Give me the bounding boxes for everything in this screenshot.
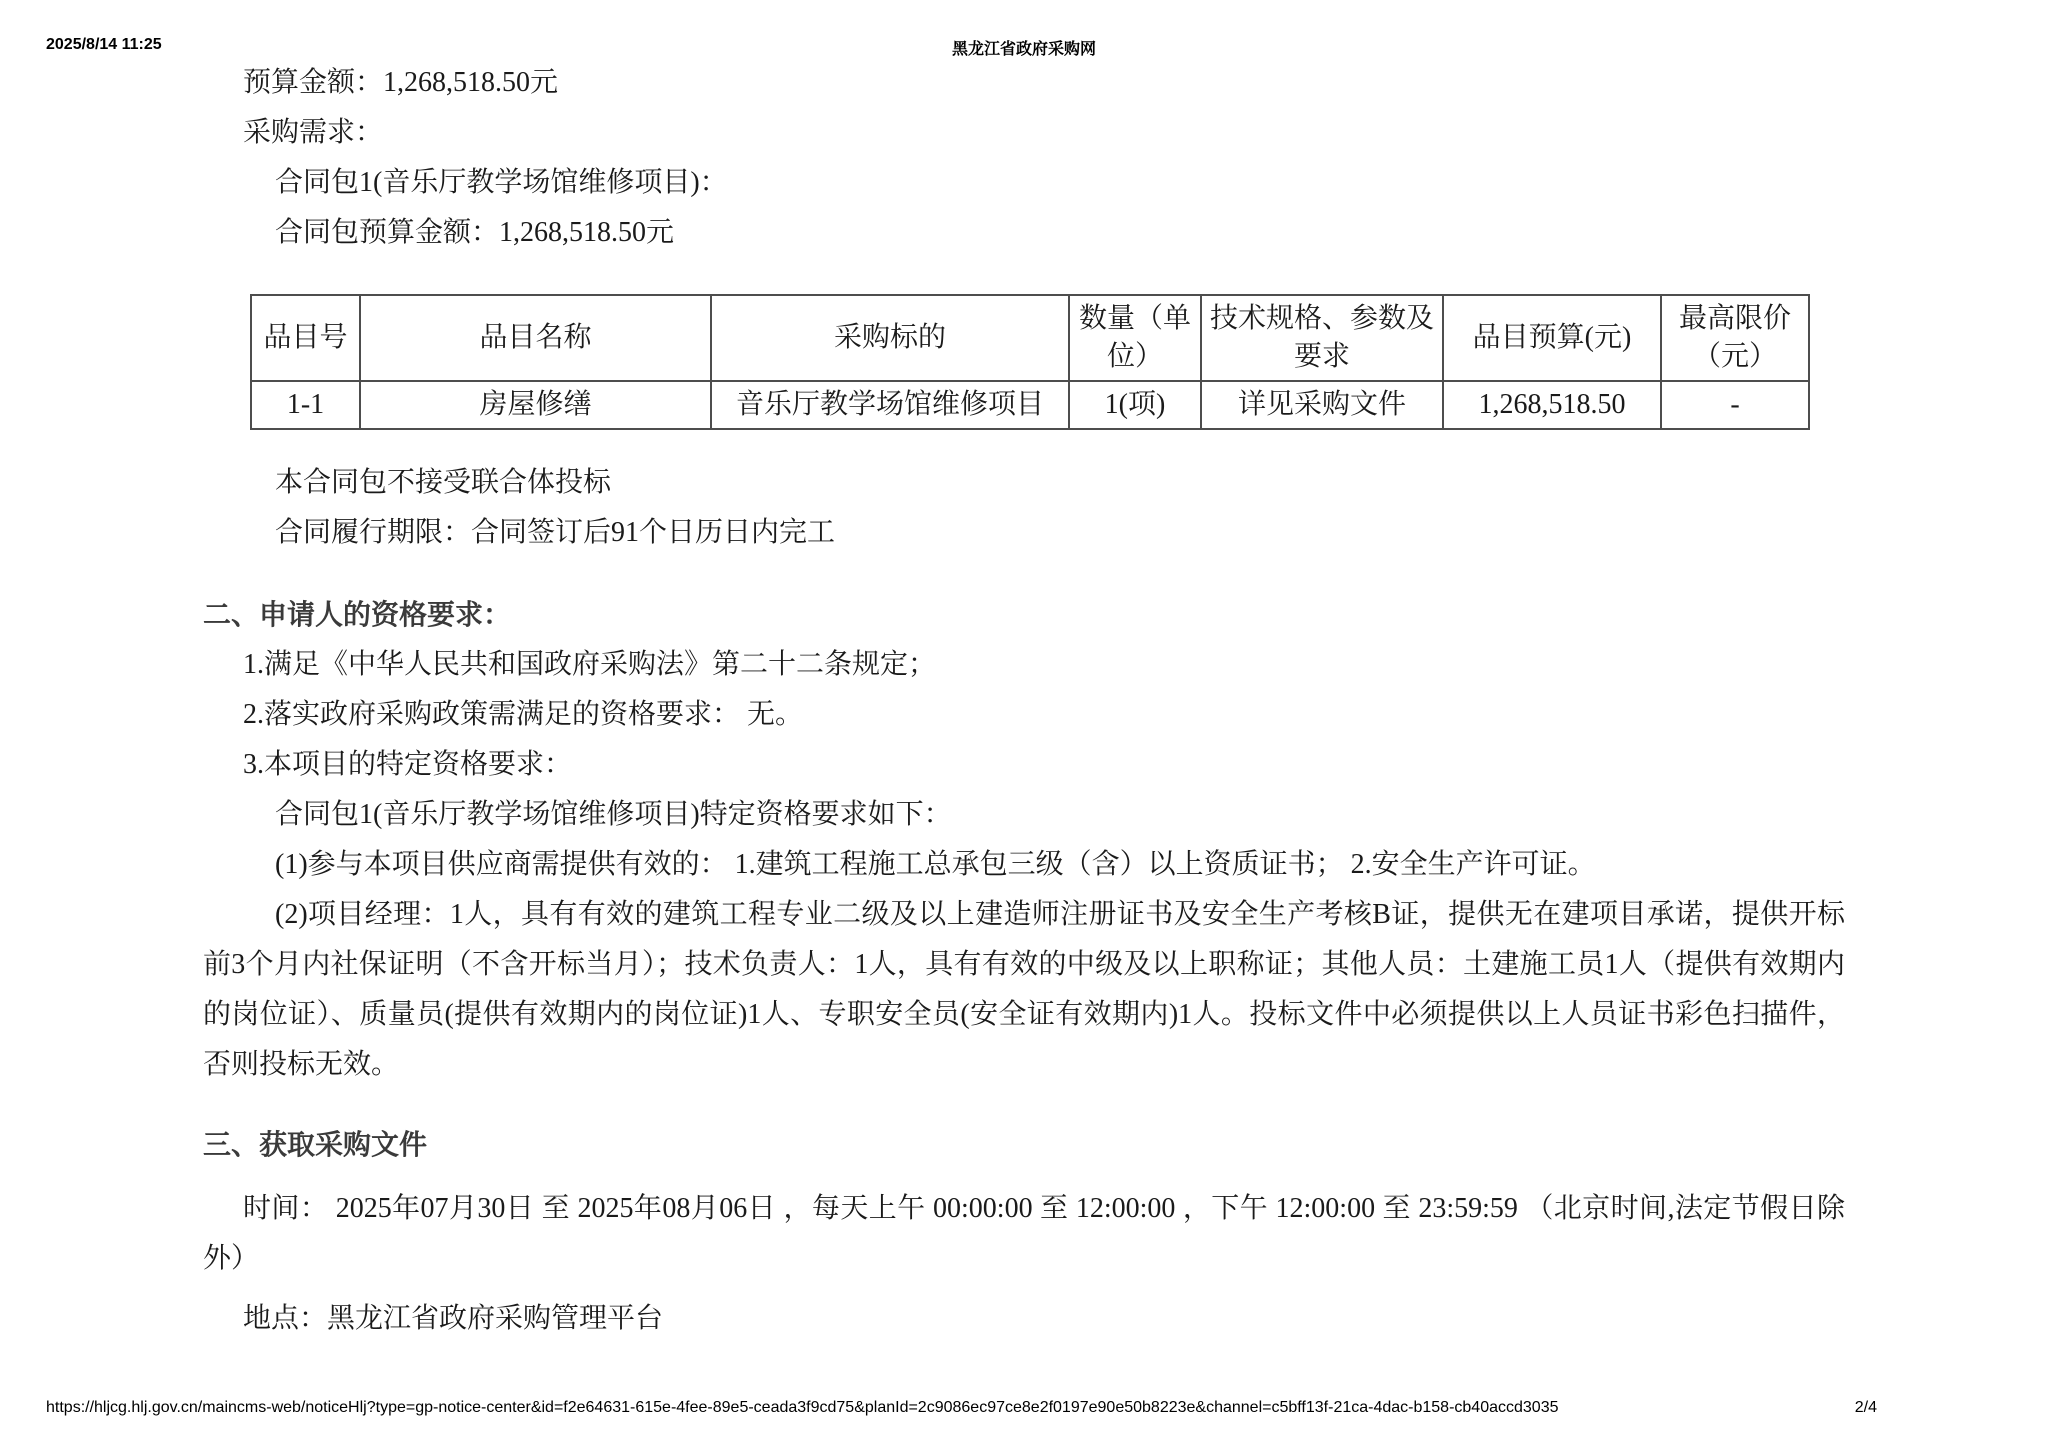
header-quantity-unit: 数量（单位） xyxy=(1069,295,1201,381)
print-header: 2025/8/14 11:25 黑龙江省政府采购网 xyxy=(46,30,2002,56)
specific-requirement-1: (1)参与本项目供应商需提供有效的： 1.建筑工程施工总承包三级（含）以上资质证… xyxy=(203,840,1845,890)
items-table: 品目号 品目名称 采购标的 数量（单位） 技术规格、参数及要求 品目预算(元) … xyxy=(250,294,1810,430)
print-title: 黑龙江省政府采购网 xyxy=(46,36,2002,59)
contract-package-line: 合同包1(音乐厅教学场馆维修项目)： xyxy=(203,158,1845,208)
cell-max-price: - xyxy=(1661,381,1809,429)
header-item-no: 品目号 xyxy=(251,295,360,381)
procurement-demand-line: 采购需求： xyxy=(203,108,1845,158)
items-table-row: 1-1 房屋修缮 音乐厅教学场馆维修项目 1(项) 详见采购文件 1,268,5… xyxy=(251,381,1809,429)
section3-heading: 三、获取采购文件 xyxy=(203,1120,1845,1170)
cell-item-budget: 1,268,518.50 xyxy=(1443,381,1661,429)
print-url: https://hljcg.hlj.gov.cn/maincms-web/not… xyxy=(46,1399,1559,1417)
budget-amount-line: 预算金额：1,268,518.50元 xyxy=(203,58,1845,108)
cell-procurement-subject: 音乐厅教学场馆维修项目 xyxy=(711,381,1069,429)
printed-page: 2025/8/14 11:25 黑龙江省政府采购网 预算金额：1,268,518… xyxy=(0,0,2048,1447)
package-requirement-intro: 合同包1(音乐厅教学场馆维修项目)特定资格要求如下： xyxy=(203,790,1845,840)
cell-quantity-unit: 1(项) xyxy=(1069,381,1201,429)
qualification-item-3: 3.本项目的特定资格要求： xyxy=(203,740,1845,790)
cell-tech-spec: 详见采购文件 xyxy=(1201,381,1443,429)
section2-heading: 二、申请人的资格要求： xyxy=(203,590,1845,640)
header-item-budget: 品目预算(元) xyxy=(1443,295,1661,381)
contract-duration-line: 合同履行期限：合同签订后91个日历日内完工 xyxy=(203,508,1845,558)
package-budget-line: 合同包预算金额：1,268,518.50元 xyxy=(203,208,1845,258)
header-procurement-subject: 采购标的 xyxy=(711,295,1069,381)
cell-item-no: 1-1 xyxy=(251,381,360,429)
header-tech-spec: 技术规格、参数及要求 xyxy=(1201,295,1443,381)
obtain-location-line: 地点：黑龙江省政府采购管理平台 xyxy=(203,1294,1845,1344)
specific-requirement-2: (2)项目经理：1人，具有有效的建筑工程专业二级及以上建造师注册证书及安全生产考… xyxy=(203,890,1845,1090)
header-item-name: 品目名称 xyxy=(360,295,711,381)
no-consortium-line: 本合同包不接受联合体投标 xyxy=(203,458,1845,508)
qualification-item-2: 2.落实政府采购政策需满足的资格要求： 无。 xyxy=(203,690,1845,740)
header-max-price: 最高限价（元） xyxy=(1661,295,1809,381)
obtain-time-line: 时间： 2025年07月30日 至 2025年08月06日 ，每天上午 00:0… xyxy=(203,1184,1845,1284)
print-page-number: 2/4 xyxy=(1855,1399,1877,1417)
notice-body: 预算金额：1,268,518.50元 采购需求： 合同包1(音乐厅教学场馆维修项… xyxy=(203,58,1845,1344)
print-footer: https://hljcg.hlj.gov.cn/maincms-web/not… xyxy=(46,1399,2002,1419)
cell-item-name: 房屋修缮 xyxy=(360,381,711,429)
items-table-header-row: 品目号 品目名称 采购标的 数量（单位） 技术规格、参数及要求 品目预算(元) … xyxy=(251,295,1809,381)
qualification-item-1: 1.满足《中华人民共和国政府采购法》第二十二条规定； xyxy=(203,640,1845,690)
